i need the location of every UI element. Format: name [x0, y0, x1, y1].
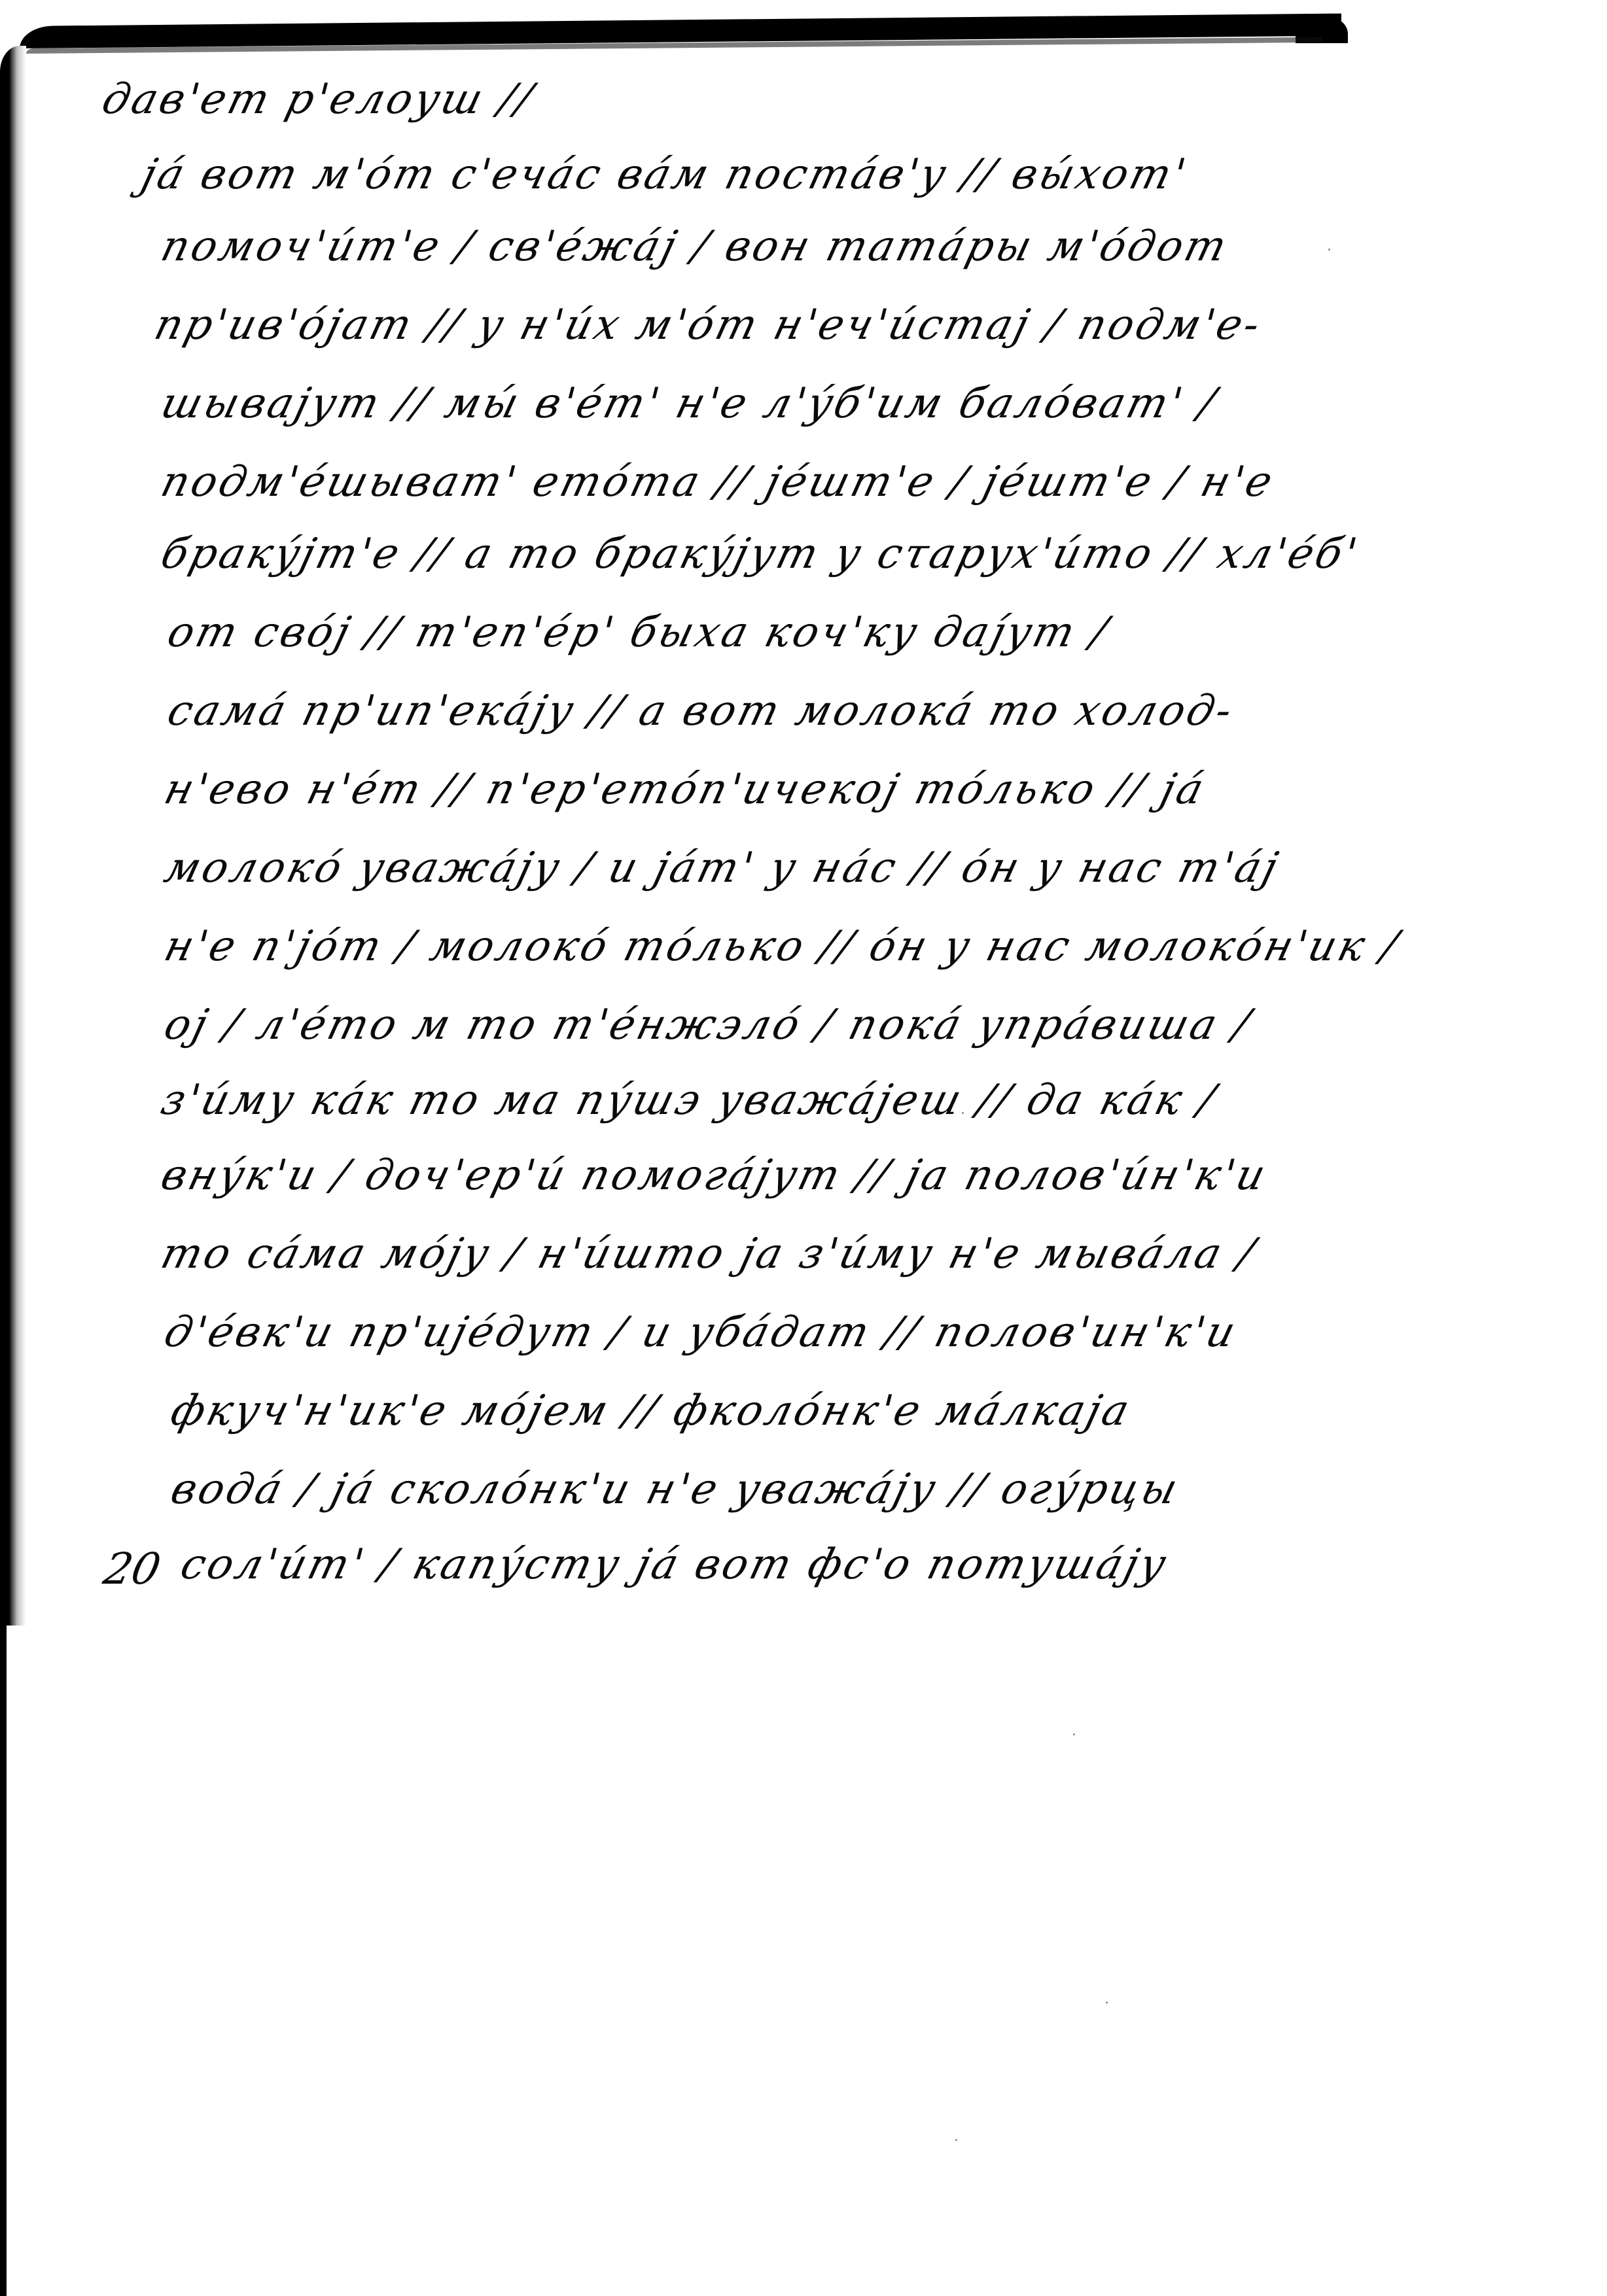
handwritten-line: вну́к'и / доч'ер'и́ помога́jут // jа пол… — [157, 1155, 1272, 1196]
manuscript-page: дав'ет р'елоуш //jа́ вот м'о́т с'еча́с в… — [0, 0, 1607, 2296]
scan-speck — [962, 1112, 964, 1114]
handwritten-line: дав'ет р'елоуш // — [98, 78, 539, 120]
handwritten-line: сол'и́т' / капу́сту jа́ вот фс'о потуша́… — [177, 1544, 1173, 1586]
handwritten-line: oj / л'е́то м то т'е́нжэло́ / пока́ упра… — [160, 1004, 1256, 1046]
handwritten-line: фкуч'н'ик'е мо́jем // фколо́нк'е ма́лкаj… — [167, 1390, 1136, 1432]
handwritten-line: н'ево н'е́т // п'ер'ето́п'ичекоj то́лько… — [160, 769, 1210, 810]
handwritten-line: з'и́му ка́к то ма пу́шэ уважа́jеш // да … — [157, 1079, 1222, 1121]
handwritten-line: jа́ вот м'о́т с'еча́с ва́м поста́в'у // … — [137, 154, 1192, 196]
handwritten-line: сама́ пр'ип'ека́jу // а вот молокá то хо… — [164, 690, 1239, 732]
scan-left-edge — [0, 1622, 7, 2296]
scan-speck — [955, 2139, 957, 2141]
handwritten-line: пр'ив'о́jат // у н'и́х м'о́т н'еч'и́стаj… — [150, 304, 1266, 346]
scan-speck — [1328, 249, 1330, 251]
handwritten-line: бракýjт'е // а то бракýjут у сτарyх'и́то… — [157, 533, 1364, 575]
handwritten-line: н'е п'jо́т / молоко́ то́лько // о́н у на… — [160, 926, 1404, 967]
handwritten-line: вода́ / jа́ сколо́нк'и н'е уважа́jу // о… — [167, 1469, 1184, 1510]
handwritten-line: то са́ма мо́jу / н'и́што jа з'и́му н'е м… — [157, 1233, 1261, 1275]
handwritten-line: д'е́вк'и пр'иjе́дут / и уба́дат // полов… — [160, 1312, 1242, 1353]
handwritten-line: от сво́j // т'еп'е́р' быха коч'ку даj́ут… — [164, 612, 1114, 653]
handwritten-line: молоко́ уважа́jу / и jа́т' у на́с // о́н… — [160, 847, 1284, 889]
handwritten-text-block: дав'ет р'елоуш //jа́ вот м'о́т с'еча́с в… — [0, 0, 1607, 1701]
handwritten-line: помоч'и́т'е / св'е́жа́j / вон тата́ры м'… — [157, 226, 1233, 268]
margin-line-number: 20 — [99, 1544, 165, 1594]
handwritten-line: подм'е́шыват' ето́та // jе́шт'е / jе́шт'… — [157, 461, 1279, 503]
handwritten-line: шываjут // мы́ в'е́т' н'е л'у́б'им бало́… — [157, 383, 1222, 425]
scan-speck — [1073, 1733, 1075, 1735]
scan-speck — [1106, 2002, 1108, 2004]
